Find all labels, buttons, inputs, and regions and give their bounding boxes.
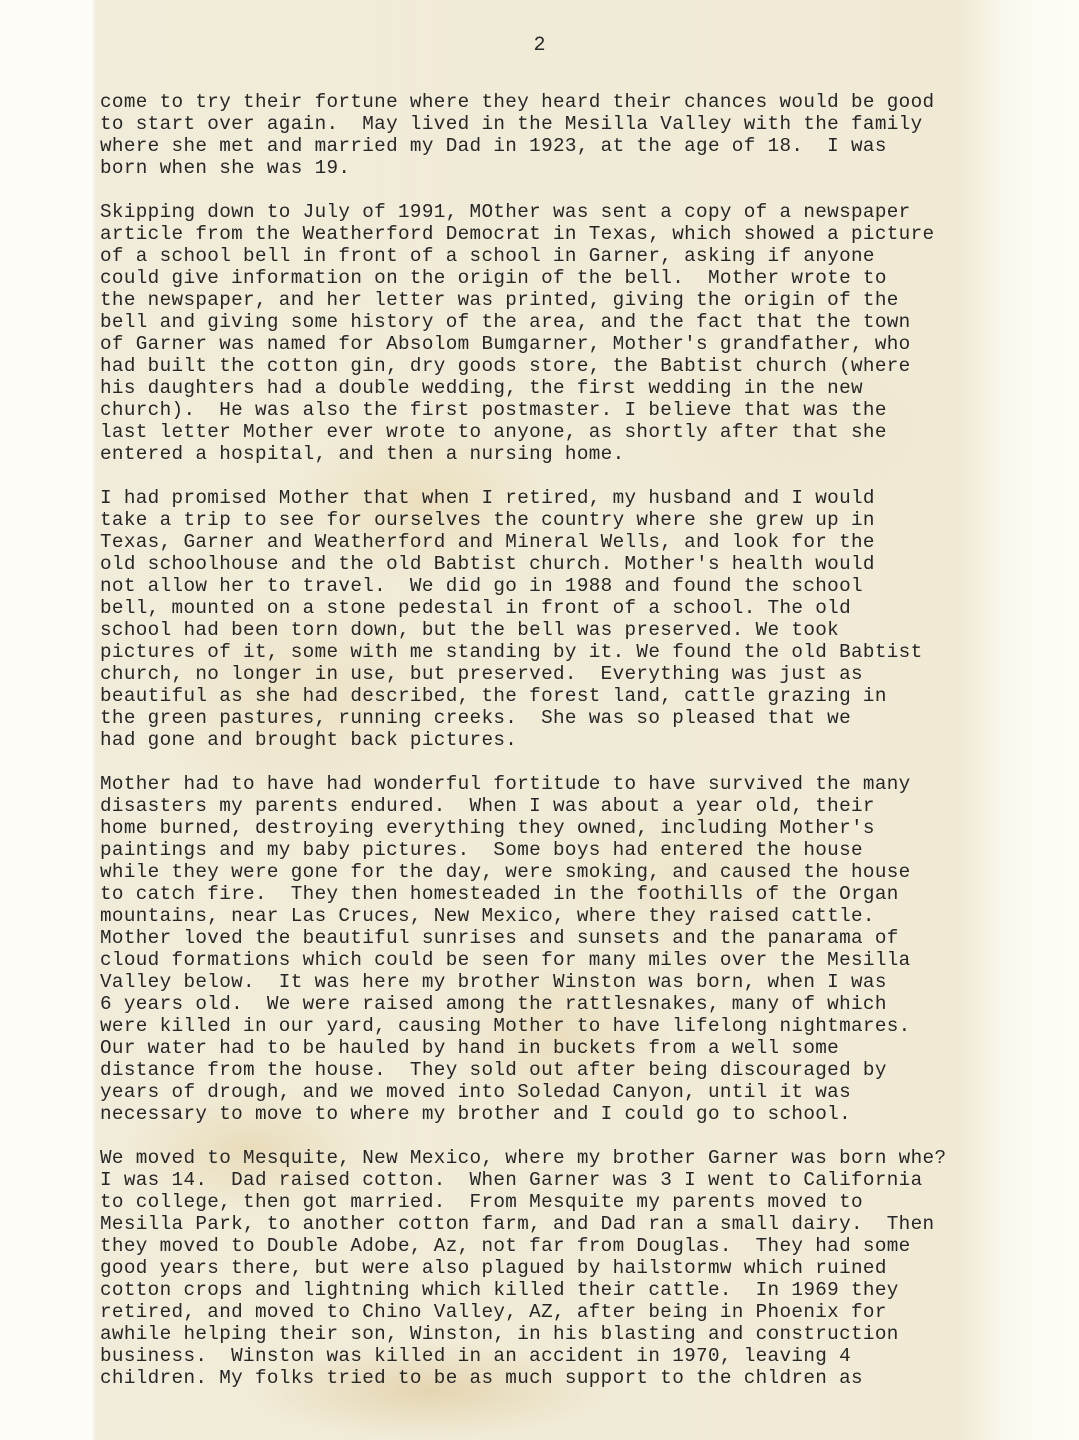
text-line: cotton crops and lightning which killed … [100,1279,1060,1301]
text-line: disasters my parents endured. When I was… [100,795,1060,817]
text-line: church). He was also the first postmaste… [100,399,1060,421]
paragraph: Mother had to have had wonderful fortitu… [100,773,1060,1125]
paragraph: come to try their fortune where they hea… [100,91,1060,179]
text-line: the green pastures, running creeks. She … [100,707,1060,729]
text-line: necessary to move to where my brother an… [100,1103,1060,1125]
scanned-page: 2 come to try their fortune where they h… [0,0,1079,1440]
text-line: born when she was 19. [100,157,1060,179]
text-line: retired, and moved to Chino Valley, AZ, … [100,1301,1060,1323]
text-line: had gone and brought back pictures. [100,729,1060,751]
text-line: bell and giving some history of the area… [100,311,1060,333]
text-line: were killed in our yard, causing Mother … [100,1015,1060,1037]
text-line: take a trip to see for ourselves the cou… [100,509,1060,531]
text-line: years of drough, and we moved into Soled… [100,1081,1060,1103]
text-line: awhile helping their son, Winston, in hi… [100,1323,1060,1345]
text-line: of a school bell in front of a school in… [100,245,1060,267]
text-line: they moved to Double Adobe, Az, not far … [100,1235,1060,1257]
text-line: Valley below. It was here my brother Win… [100,971,1060,993]
text-line: school had been torn down, but the bell … [100,619,1060,641]
text-line: his daughters had a double wedding, the … [100,377,1060,399]
paragraph: I had promised Mother that when I retire… [100,487,1060,751]
text-line: old schoolhouse and the old Babtist chur… [100,553,1060,575]
text-line: I had promised Mother that when I retire… [100,487,1060,509]
text-line: good years there, but were also plagued … [100,1257,1060,1279]
text-line: mountains, near Las Cruces, New Mexico, … [100,905,1060,927]
text-line: Mesilla Park, to another cotton farm, an… [100,1213,1060,1235]
text-line: beautiful as she had described, the fore… [100,685,1060,707]
paragraph: We moved to Mesquite, New Mexico, where … [100,1147,1060,1389]
text-line: last letter Mother ever wrote to anyone,… [100,421,1060,443]
text-line: paintings and my baby pictures. Some boy… [100,839,1060,861]
text-line: business. Winston was killed in an accid… [100,1345,1060,1367]
text-line: children. My folks tried to be as much s… [100,1367,1060,1389]
text-line: could give information on the origin of … [100,267,1060,289]
document-body: come to try their fortune where they hea… [100,91,1060,1411]
text-line: I was 14. Dad raised cotton. When Garner… [100,1169,1060,1191]
text-line: We moved to Mesquite, New Mexico, where … [100,1147,1060,1169]
text-line: Mother loved the beautiful sunrises and … [100,927,1060,949]
paragraph: Skipping down to July of 1991, MOther wa… [100,201,1060,465]
text-line: article from the Weatherford Democrat in… [100,223,1060,245]
text-line: church, no longer in use, but preserved.… [100,663,1060,685]
text-line: 6 years old. We were raised among the ra… [100,993,1060,1015]
text-line: cloud formations which could be seen for… [100,949,1060,971]
text-line: pictures of it, some with me standing by… [100,641,1060,663]
text-line: Skipping down to July of 1991, MOther wa… [100,201,1060,223]
text-line: of Garner was named for Absolom Bumgarne… [100,333,1060,355]
text-line: where she met and married my Dad in 1923… [100,135,1060,157]
text-line: Mother had to have had wonderful fortitu… [100,773,1060,795]
text-line: home burned, destroying everything they … [100,817,1060,839]
text-line: bell, mounted on a stone pedestal in fro… [100,597,1060,619]
text-line: had built the cotton gin, dry goods stor… [100,355,1060,377]
page-number: 2 [0,34,1079,57]
text-line: come to try their fortune where they hea… [100,91,1060,113]
text-line: not allow her to travel. We did go in 19… [100,575,1060,597]
text-line: Texas, Garner and Weatherford and Minera… [100,531,1060,553]
text-line: to college, then got married. From Mesqu… [100,1191,1060,1213]
text-line: Our water had to be hauled by hand in bu… [100,1037,1060,1059]
text-line: the newspaper, and her letter was printe… [100,289,1060,311]
text-line: entered a hospital, and then a nursing h… [100,443,1060,465]
text-line: to start over again. May lived in the Me… [100,113,1060,135]
text-line: distance from the house. They sold out a… [100,1059,1060,1081]
text-line: while they were gone for the day, were s… [100,861,1060,883]
text-line: to catch fire. They then homesteaded in … [100,883,1060,905]
